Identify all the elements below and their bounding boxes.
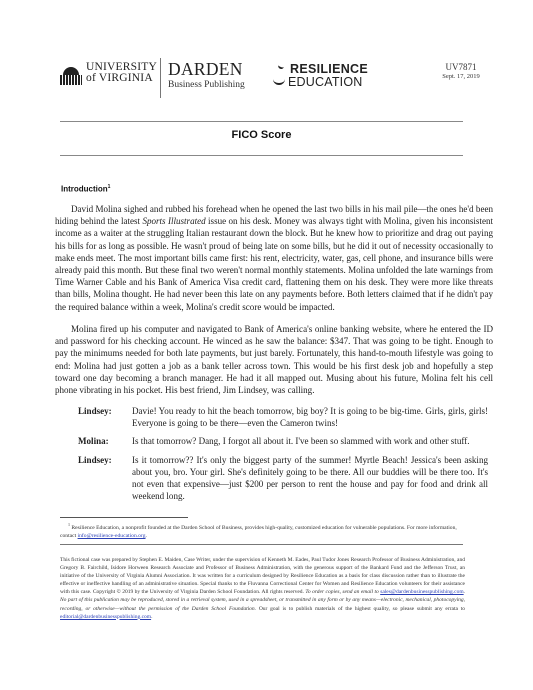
paragraph-1: David Molina sighed and rubbed his foreh… [55,203,493,313]
legal-notice: This fictional case was prepared by Step… [60,556,465,621]
case-id-block: UV7871 Sept. 17, 2019 [430,62,492,80]
title-bottom-rule [60,155,463,156]
rotunda-icon [60,67,82,85]
speech: Is that tomorrow? Dang, I forgot all abo… [132,435,488,447]
resilience-smile-icon [273,79,285,85]
section-heading: Introduction1 [61,184,110,194]
speaker: Lindsey: [78,454,132,503]
speaker: Lindsey: [78,405,132,429]
footnote-ref[interactable]: 1 [108,184,111,190]
darden-logo: DARDEN Business Publishing [168,60,245,90]
dialogue-line: Lindsey: Is it tomorrow?? It's only the … [78,454,488,503]
dialogue: Lindsey: Davie! You ready to hit the bea… [78,405,488,508]
case-id: UV7871 [430,62,492,72]
legal-rule [60,544,463,545]
case-date: Sept. 17, 2019 [430,73,492,80]
sales-email-link[interactable]: sales@dardenbusinesspublishing.com [380,589,463,595]
dialogue-line: Lindsey: Davie! You ready to hit the bea… [78,405,488,429]
speech: Davie! You ready to hit the beach tomorr… [132,405,488,429]
logo-divider [160,58,161,98]
speech: Is it tomorrow?? It's only the biggest p… [132,454,488,503]
paragraph-2: Molina fired up his computer and navigat… [55,323,493,396]
uva-logo-text: UNIVERSITY of VIRGINIA [86,62,157,84]
darden-logo-name: DARDEN [168,60,245,78]
dialogue-line: Molina: Is that tomorrow? Dang, I forgot… [78,435,488,447]
uva-logo: UNIVERSITY of VIRGINIA [60,62,155,92]
footnote-email-link[interactable]: info@resilience-education.org [78,533,146,539]
resilience-mark-icon [277,63,284,70]
document-title: FICO Score [60,129,463,141]
darden-logo-sub: Business Publishing [168,80,245,90]
editorial-email-link[interactable]: editorial@dardenbusinesspublishing.com [60,614,151,620]
title-top-rule [60,121,463,122]
speaker: Molina: [78,435,132,447]
footnote-rule [60,517,188,518]
footnote: 1 Resilience Education, a nonprofit foun… [60,521,470,540]
magazine-title: Sports Illustrated [142,216,205,226]
